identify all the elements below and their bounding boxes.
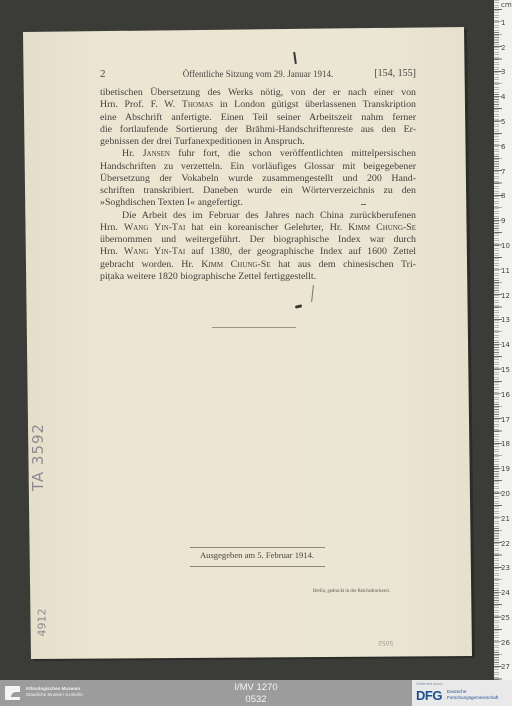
ruler-label: 4: [501, 93, 505, 101]
ruler-label: 13: [501, 316, 510, 324]
funder-panel: Gefördert durch DFG Deutsche Forschungsg…: [412, 680, 512, 706]
page-reference: [154, 155]: [374, 68, 416, 79]
ruler-label: 16: [501, 391, 510, 399]
archive-footer: Ethnologisches Museum Staatliche Museen …: [0, 680, 512, 706]
text-line: Übersetzung der Vokabeln wurde zusammeng…: [100, 173, 416, 185]
ruler-label: 1: [501, 19, 505, 27]
person-name: Jansen: [143, 148, 170, 159]
text-line: die fortlaufende Sortierung der Brāhmi-H…: [100, 124, 416, 136]
ruler-label: 26: [501, 639, 510, 647]
person-name: Kimm Chung-Se: [201, 259, 270, 270]
text-line: »Soghdischen Texten I« angefertigt.: [100, 197, 416, 209]
text-line: übernommen und weitergeführt. Der biogra…: [100, 234, 416, 246]
ruler-label: 12: [501, 292, 510, 300]
ruler-label: 19: [501, 465, 510, 473]
text-line: gebracht worden. Hr. Kimm Chung-Se hat a…: [100, 259, 416, 271]
issued-rule-bottom: [190, 566, 325, 567]
museum-organization: Staatliche Museen zu Berlin: [26, 692, 83, 697]
text-line: gebnissen der drei Turfanexpeditionen in…: [100, 136, 416, 148]
handwritten-catalog-mark: TA 3592: [29, 423, 47, 491]
ruler-label: 6: [501, 143, 505, 151]
ruler-label: 20: [501, 490, 510, 498]
funded-by-label: Gefördert durch: [416, 682, 443, 686]
text-line: tibetischen Übersetzung des Werks nötig,…: [100, 87, 416, 99]
text-line: schriften transkribiert. Daneben wurde e…: [100, 185, 416, 197]
text-line: Hr. Jansen fuhr fort, die schon veröffen…: [100, 148, 416, 160]
header-title: Öffentliche Sitzung vom 29. Januar 1914.: [100, 69, 416, 79]
ruler-label: 2: [501, 44, 505, 52]
ruler-label: 22: [501, 540, 510, 548]
handwritten-number-left: 4912: [36, 609, 49, 637]
text-line: Die Arbeit des im Februar des Jahres nac…: [100, 210, 416, 222]
text-line: Hrn. Prof. F. W. Thomas in London gütigs…: [100, 99, 416, 111]
ruler-label: 14: [501, 341, 510, 349]
person-name: Thomas: [182, 99, 213, 110]
inventory-info: I/MV 1270 0532: [200, 682, 312, 705]
text-line: eine Abschrift anfertigte. Einen Teil se…: [100, 112, 416, 124]
ruler-label: 18: [501, 440, 510, 448]
text-line: Hrn. Wang Yin-Tai auf 1380, der geograph…: [100, 246, 416, 258]
ruler-label: 8: [501, 192, 505, 200]
text-line: Handschriften zu verzetteln. Ein vorläuf…: [100, 161, 416, 173]
text-line: Hrn. Wang Yin-Tai hat ein koreanischer G…: [100, 222, 416, 234]
museum-logo-icon: [5, 686, 20, 700]
ruler-label: 24: [501, 589, 510, 597]
ruler-label: 3: [501, 68, 505, 76]
ruler-label: 21: [501, 515, 510, 523]
ruler-label: 15: [501, 366, 510, 374]
handwritten-number-bottom: 5052: [378, 639, 393, 646]
person-name: Wang Yin-Tai: [124, 246, 185, 257]
ruler-label: 5: [501, 118, 505, 126]
pen-mark-dash: [361, 204, 366, 205]
funder-name: Deutsche Forschungsgemeinschaft: [447, 689, 498, 700]
ruler-label: 9: [501, 217, 505, 225]
body-text: tibetischen Übersetzung des Werks nötig,…: [100, 87, 416, 283]
museum-credit: Ethnologisches Museum Staatliche Museen …: [26, 686, 83, 698]
printer-imprint: Berlin, gedruckt in der Reichsdruckerei.: [313, 589, 415, 594]
dfg-logo-icon: DFG: [416, 688, 442, 703]
person-name: Wang Yin-Tai: [124, 222, 185, 233]
inventory-number: I/MV 1270: [200, 682, 312, 694]
issued-date: Ausgegeben am 5. Februar 1914.: [190, 550, 324, 560]
ruler-label: 11: [501, 267, 510, 275]
ruler-label: 23: [501, 564, 510, 572]
ruler-label: 27: [501, 663, 510, 671]
ruler-unit: cm: [501, 1, 512, 9]
ruler-label: 25: [501, 614, 510, 622]
ruler-label: 17: [501, 416, 510, 424]
text-line: piṭaka weitere 1820 biographische Zettel…: [100, 271, 416, 283]
section-divider: [212, 327, 296, 328]
issued-rule-top: [190, 547, 325, 548]
ruler-label: 7: [501, 168, 505, 176]
measurement-ruler: cm 1 2 3 4 5 6 7 8 9 10 11 12 13 14 15 1…: [494, 0, 512, 680]
person-name: Kimm Chung-Se: [348, 222, 416, 233]
running-header: 2 Öffentliche Sitzung vom 29. Januar 191…: [100, 68, 416, 81]
image-number: 0532: [200, 694, 312, 706]
ruler-label: 10: [501, 242, 510, 250]
